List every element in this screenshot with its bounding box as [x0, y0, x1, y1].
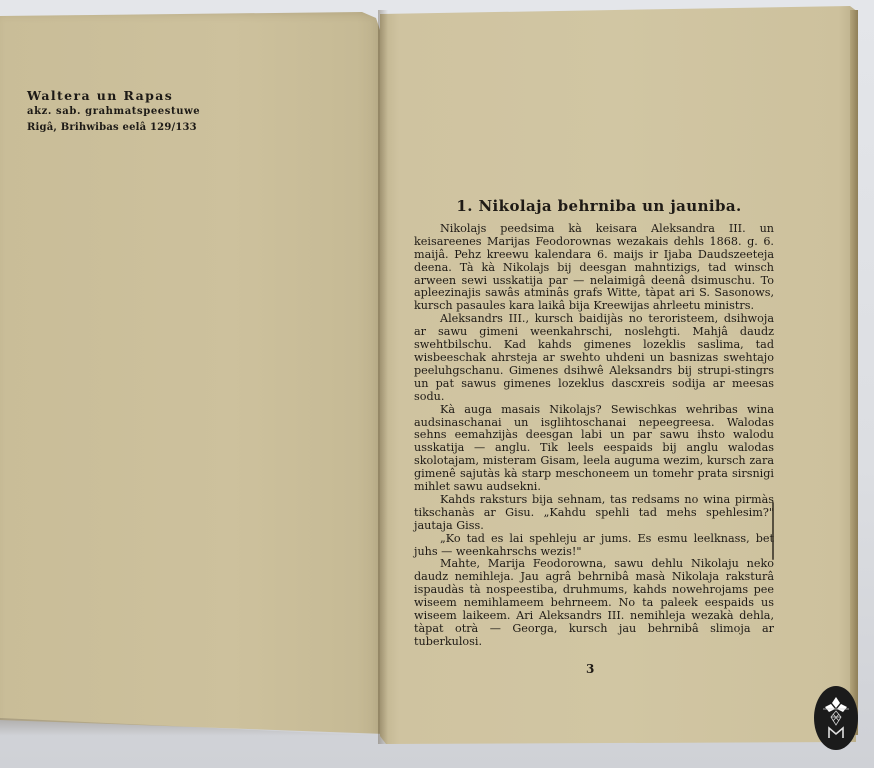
imprint-address: Rigâ, Brihwibas eelâ 129/133 — [27, 120, 200, 136]
printer-imprint: Waltera un Rapas akz. sab. grahmatspeest… — [27, 88, 200, 136]
imprint-publisher: Waltera un Rapas — [27, 88, 200, 104]
paragraph: Kà auga masais Nikolajs? Sewischkas wehr… — [414, 404, 774, 494]
paragraph: Mahte, Marija Feodorowna, sawu dehlu Nik… — [414, 558, 774, 648]
book-gutter — [378, 10, 388, 744]
page-number: 3 — [586, 662, 594, 676]
paragraph: „Ko tad es lai spehleju ar jums. Es esmu… — [414, 533, 774, 559]
museum-logo-badge — [814, 686, 858, 750]
imprint-company: akz. sab. grahmatspeestuwe — [27, 104, 200, 120]
page-stack-edge — [850, 10, 858, 735]
chapter-title: 1. Nikolaja behrniba un jauniba. — [414, 200, 774, 213]
pencil-margin-mark — [772, 502, 774, 560]
museum-logo-icon — [821, 695, 851, 741]
paragraph: Kahds raksturs bija sehnam, tas redsams … — [414, 494, 774, 533]
chapter-text: 1. Nikolaja behrniba un jauniba. Nikolaj… — [414, 200, 774, 649]
paragraph: Nikolajs peedsima kà keisara Aleksandra … — [414, 223, 774, 313]
paragraph: Aleksandrs III., kursch baidijàs no tero… — [414, 313, 774, 403]
